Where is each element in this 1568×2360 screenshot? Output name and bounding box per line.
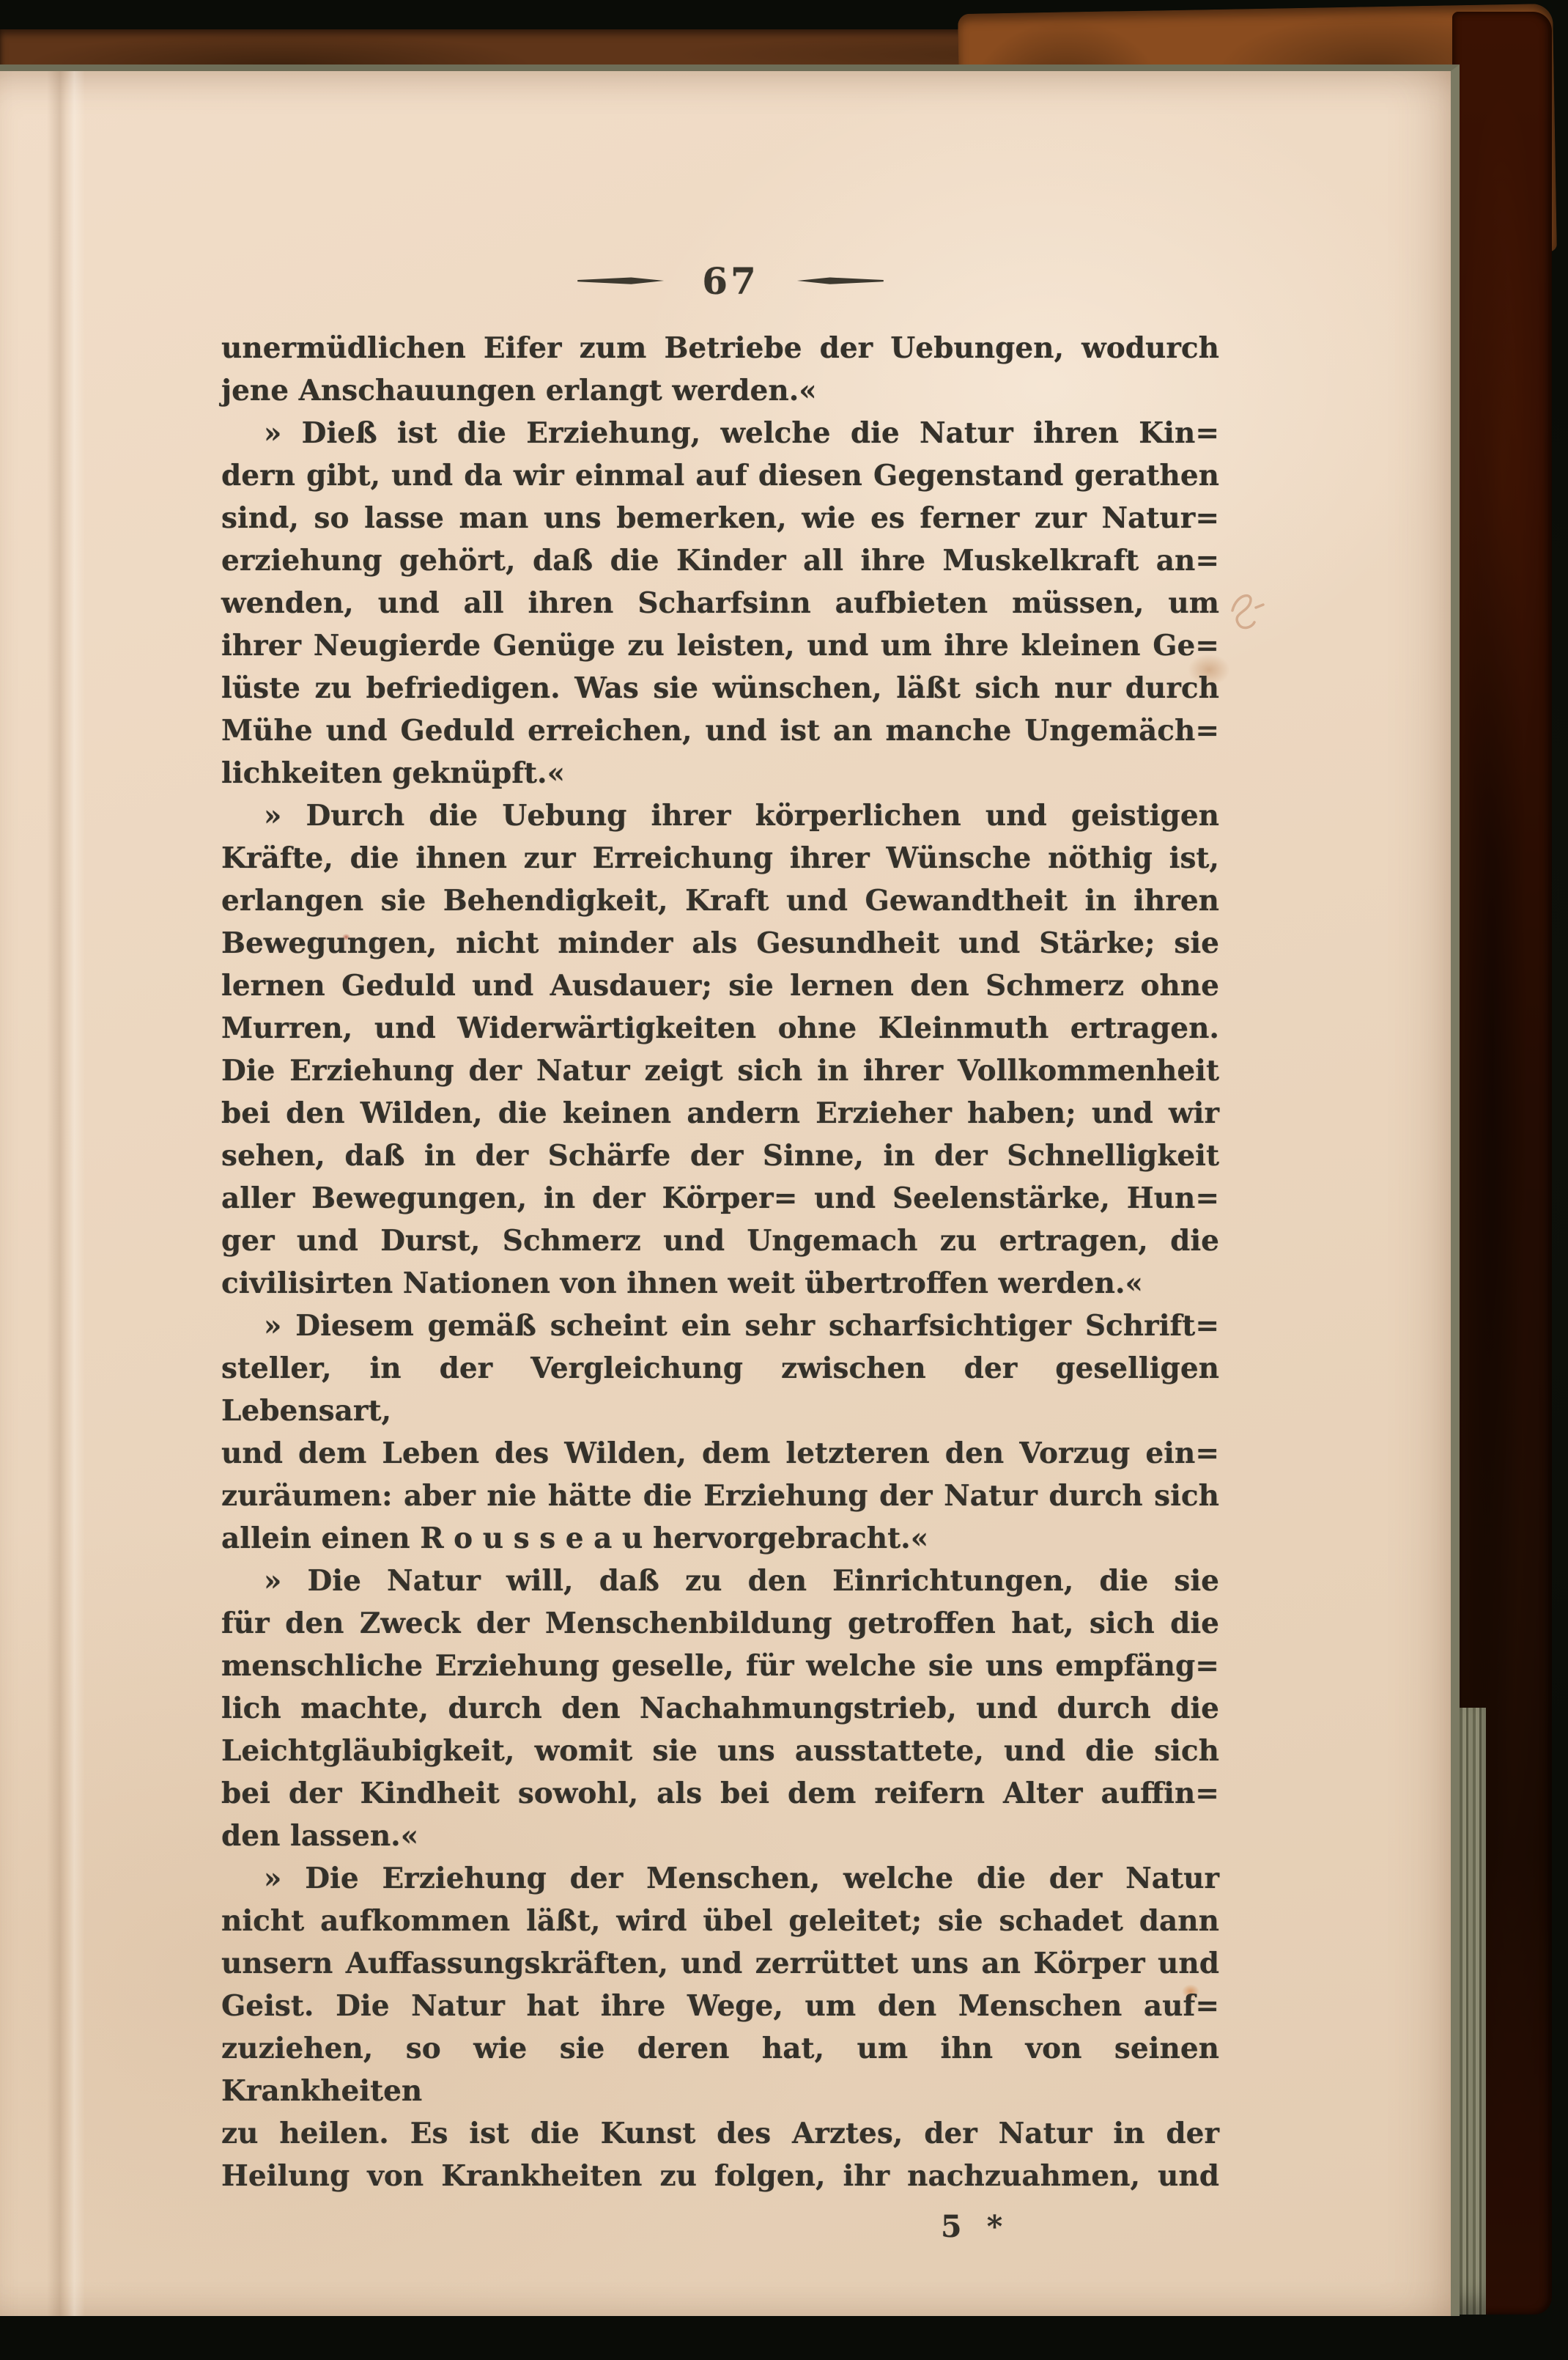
page-number: 67 [702, 259, 759, 303]
body-text: unermüdlichen Eifer zum Betriebe der Ueb… [221, 327, 1219, 2197]
text-line: Mühe und Geduld erreichen, und ist an ma… [221, 709, 1219, 752]
text-line: und dem Leben des Wilden, dem letzteren … [221, 1432, 1219, 1475]
text-line: sehen, daß in der Schärfe der Sinne, in … [221, 1135, 1219, 1177]
text-line: bei der Kindheit sowohl, als bei dem rei… [221, 1772, 1219, 1815]
text-line: » Die Natur will, daß zu den Einrichtung… [221, 1560, 1219, 1602]
text-line: nicht aufkommen läßt, wird übel geleitet… [221, 1900, 1219, 1942]
text-line: Kräfte, die ihnen zur Erreichung ihrer W… [221, 837, 1219, 880]
text-line: allein einen R o u s s e a u hervorgebra… [221, 1517, 1219, 1560]
text-line: Murren, und Widerwärtigkeiten ohne Klein… [221, 1007, 1219, 1050]
book-page: 67 unermüdlichen Eifer zum Betriebe der … [0, 64, 1460, 2316]
text-line: dern gibt, und da wir einmal auf diesen … [221, 454, 1219, 497]
text-line: lüste zu befriedigen. Was sie wünschen, … [221, 667, 1219, 709]
tapered-rule-ornament-left-icon [577, 275, 664, 287]
text-line: lichkeiten geknüpft.« [221, 752, 1219, 794]
text-line: ger und Durst, Schmerz und Ungemach zu e… [221, 1220, 1219, 1262]
text-line: » Dieß ist die Erziehung, welche die Nat… [221, 412, 1219, 454]
text-line: jene Anschauungen erlangt werden.« [221, 369, 1219, 412]
text-line: Leichtgläubigkeit, womit sie uns ausstat… [221, 1730, 1219, 1772]
page-header: 67 [221, 253, 1219, 309]
signature-mark: 5 * [941, 2209, 1219, 2244]
book-page-edges-strip [1455, 1708, 1486, 2315]
handwritten-squiggle-mark [1222, 586, 1273, 644]
text-line: den lassen.« [221, 1815, 1219, 1857]
text-line: erziehung gehört, daß die Kinder all ihr… [221, 539, 1219, 582]
text-line: » Diesem gemäß scheint ein sehr scharfsi… [221, 1305, 1219, 1347]
text-line: für den Zweck der Menschenbildung getrof… [221, 1602, 1219, 1645]
text-line: Die Erziehung der Natur zeigt sich in ih… [221, 1050, 1219, 1092]
text-line: zu heilen. Es ist die Kunst des Arztes, … [221, 2112, 1219, 2155]
text-line: menschliche Erziehung geselle, für welch… [221, 1645, 1219, 1687]
text-line: steller, in der Vergleichung zwischen de… [221, 1347, 1219, 1432]
text-line: aller Bewegungen, in der Körper= und See… [221, 1177, 1219, 1220]
book-scan: 67 unermüdlichen Eifer zum Betriebe der … [0, 0, 1568, 2360]
page-gutter-crease [47, 71, 85, 2316]
text-line: unsern Auffassungskräften, und zerrüttet… [221, 1942, 1219, 1985]
text-line: sind, so lasse man uns bemerken, wie es … [221, 497, 1219, 539]
text-line: lernen Geduld und Ausdauer; sie lernen d… [221, 965, 1219, 1007]
text-line: » Durch die Uebung ihrer körperlichen un… [221, 794, 1219, 837]
text-line: unermüdlichen Eifer zum Betriebe der Ueb… [221, 327, 1219, 369]
text-line: zuräumen: aber nie hätte die Erziehung d… [221, 1475, 1219, 1517]
text-line: Bewegungen, nicht minder als Gesundheit … [221, 922, 1219, 965]
text-line: zuziehen, so wie sie deren hat, um ihn v… [221, 2027, 1219, 2112]
text-line: wenden, und all ihren Scharfsinn aufbiet… [221, 582, 1219, 624]
text-line: Geist. Die Natur hat ihre Wege, um den M… [221, 1985, 1219, 2027]
text-line: lich machte, durch den Nachahmungstrieb,… [221, 1687, 1219, 1730]
text-line: civilisirten Nationen von ihnen weit übe… [221, 1262, 1219, 1305]
text-line: bei den Wilden, die keinen andern Erzieh… [221, 1092, 1219, 1135]
tapered-rule-ornament-right-icon [797, 275, 884, 287]
text-line: erlangen sie Behendigkeit, Kraft und Gew… [221, 880, 1219, 922]
text-line: Heilung von Krankheiten zu folgen, ihr n… [221, 2155, 1219, 2197]
text-line: ihrer Neugierde Genüge zu leisten, und u… [221, 624, 1219, 667]
page-text-block: 67 unermüdlichen Eifer zum Betriebe der … [221, 253, 1219, 2244]
text-line: » Die Erziehung der Menschen, welche die… [221, 1857, 1219, 1900]
